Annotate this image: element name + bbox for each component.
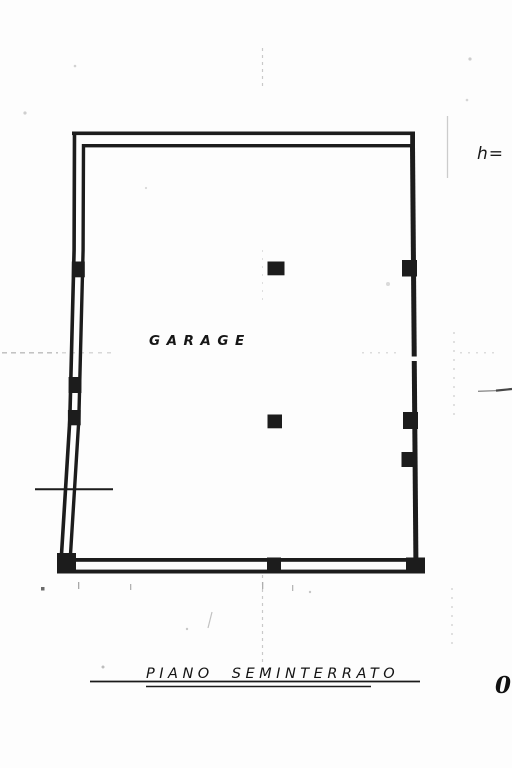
scan-speck [23, 111, 26, 114]
scan-tick [208, 612, 212, 628]
scan-artifacts [23, 57, 471, 668]
scan-speck [74, 65, 77, 68]
column-pillar [268, 262, 285, 276]
top-wall-inner-line [82, 144, 414, 147]
right-wall-pillar [403, 412, 418, 429]
bottom-wall-top-line [74, 558, 425, 562]
tick-mark [262, 582, 263, 589]
tick-mark [78, 582, 79, 589]
scanned-floor-plan-sheet: GARAGE h= ~ PIANO SEMINTERRATO 0 [0, 0, 512, 768]
left-wall [61, 132, 84, 557]
left-wall-outer-line [61, 132, 74, 557]
left-wall-fill-segment [69, 377, 82, 393]
bottom-wall-corner-block-right [406, 558, 425, 574]
tick-mark [292, 585, 293, 591]
height-note-label: h= ~ [477, 144, 512, 164]
floor-plan-drawing: GARAGE h= ~ PIANO SEMINTERRATO 0 [0, 0, 512, 768]
right-margin-line [478, 389, 512, 391]
top-wall-outer-line [72, 132, 415, 136]
scan-speck [468, 57, 471, 60]
top-wall-right-end [410, 132, 415, 148]
right-wall-notch [411, 357, 418, 362]
bottom-wall [57, 553, 425, 574]
right-margin-line-dark [496, 389, 512, 391]
garage-outline [57, 132, 425, 574]
scan-speck [186, 628, 188, 630]
scan-speck [309, 591, 311, 593]
right-wall-pillar [402, 452, 418, 467]
interior-columns [268, 262, 285, 429]
top-wall [72, 132, 415, 148]
scan-speck-dark [41, 587, 45, 591]
left-wall-fill-segment [68, 410, 81, 425]
scan-speck [102, 666, 105, 669]
tick-mark [130, 584, 131, 590]
page-number: 0 [495, 672, 511, 699]
right-margin-line-faint [478, 391, 496, 392]
right-wall-pillar [402, 260, 417, 277]
left-wall-fill-segment [72, 262, 85, 278]
column-pillar [268, 415, 283, 429]
bottom-wall-bottom-line [57, 570, 425, 574]
garage-room-label: GARAGE [149, 333, 251, 349]
floor-caption-label: PIANO SEMINTERRATO [146, 666, 399, 682]
bottom-wall-corner-block-left [57, 553, 76, 573]
scan-speck [386, 282, 390, 286]
scan-speck [145, 187, 147, 189]
scan-speck [466, 99, 469, 102]
bottom-wall-middle-block [267, 558, 281, 574]
right-wall [402, 146, 419, 573]
